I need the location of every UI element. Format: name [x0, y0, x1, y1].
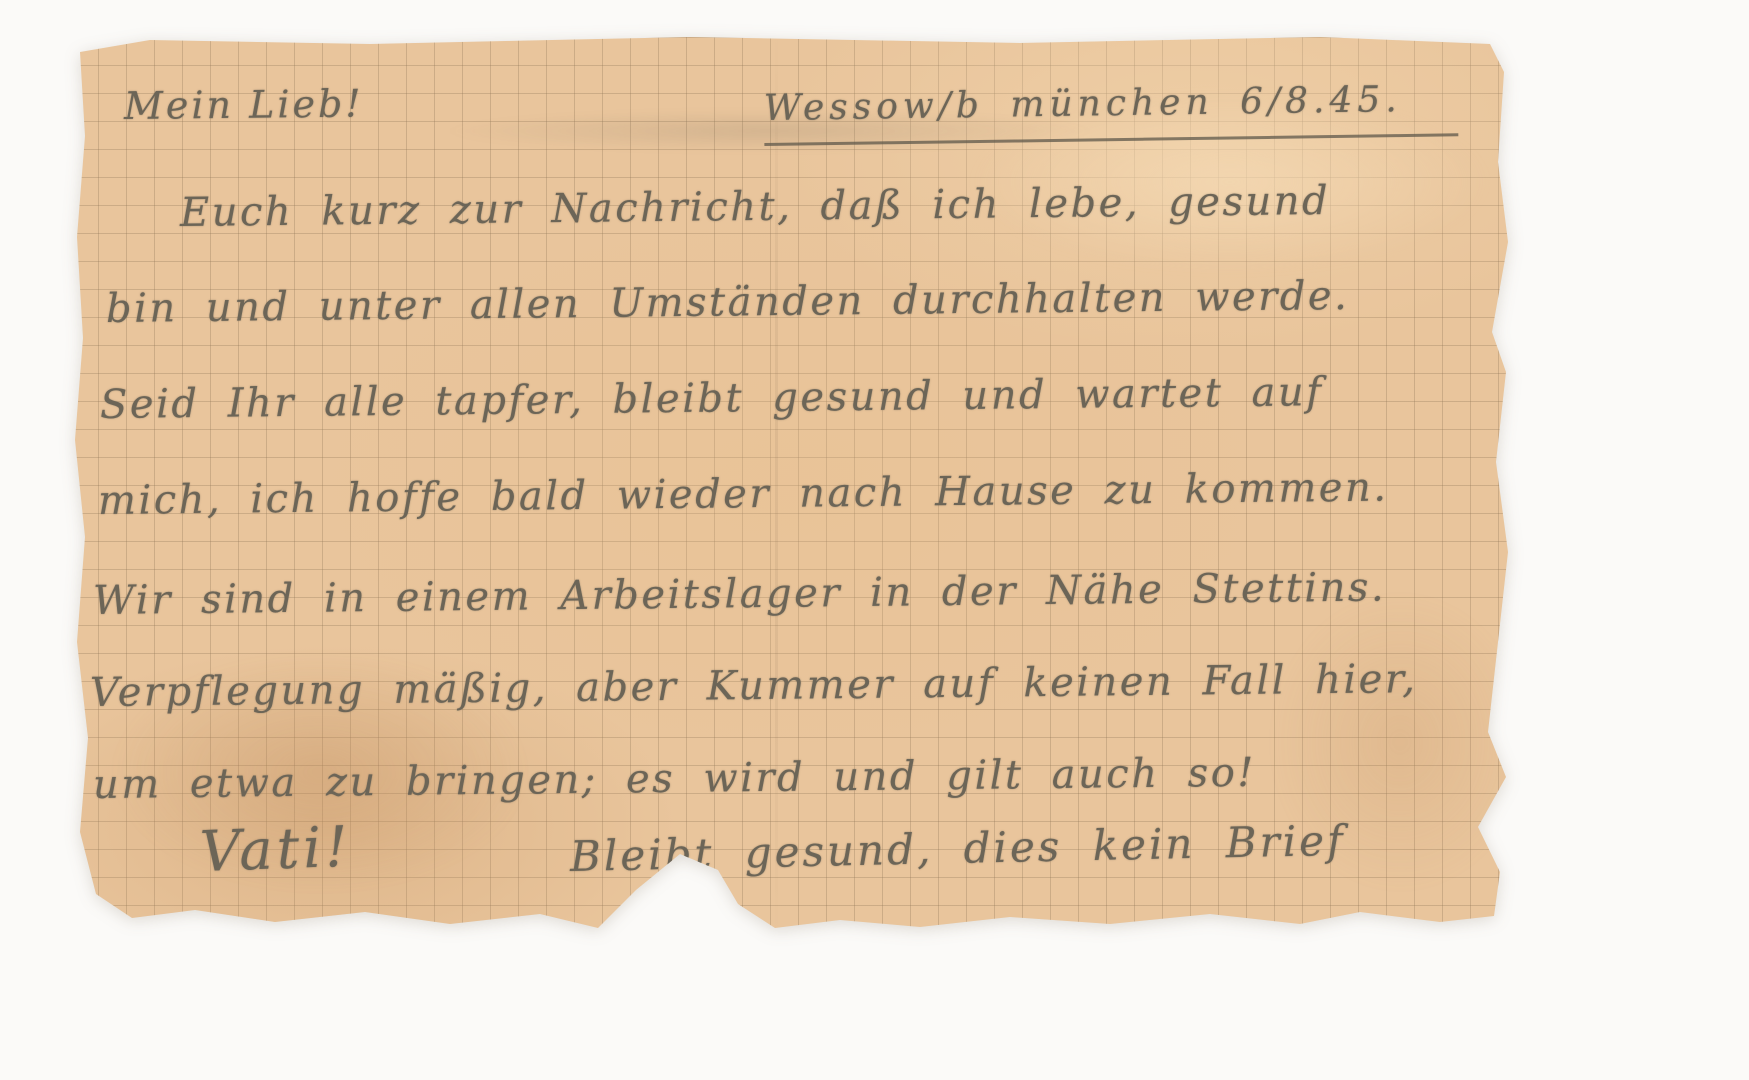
letter-dateline: Wessow/b münchen 6/8.45.: [764, 78, 1459, 146]
letter-line: Seid Ihr alle tapfer, bleibt gesund und …: [100, 369, 1324, 428]
letter-signature: Vati!: [199, 815, 353, 885]
letter-scan: Mein Lieb! Wessow/b münchen 6/8.45. Euch…: [70, 32, 1512, 934]
letter-line: um etwa zu bringen; es wird und gilt auc…: [93, 750, 1256, 808]
letter-line: Wir sind in einem Arbeitslager in der Nä…: [93, 564, 1387, 624]
letter-line: bin und unter allen Umständen durchhalte…: [106, 273, 1350, 332]
letter-closing: Bleibt gesund, dies kein Brief: [569, 816, 1346, 881]
letter-line: Euch kurz zur Nachricht, daß ich lebe, g…: [180, 178, 1331, 236]
letter-greeting: Mein Lieb!: [124, 81, 364, 128]
letter-line: Verpflegung mäßig, aber Kummer auf keine…: [90, 656, 1418, 716]
graph-paper: Mein Lieb! Wessow/b münchen 6/8.45. Euch…: [70, 32, 1512, 934]
letter-line: mich, ich hoffe bald wieder nach Hause z…: [98, 464, 1389, 524]
